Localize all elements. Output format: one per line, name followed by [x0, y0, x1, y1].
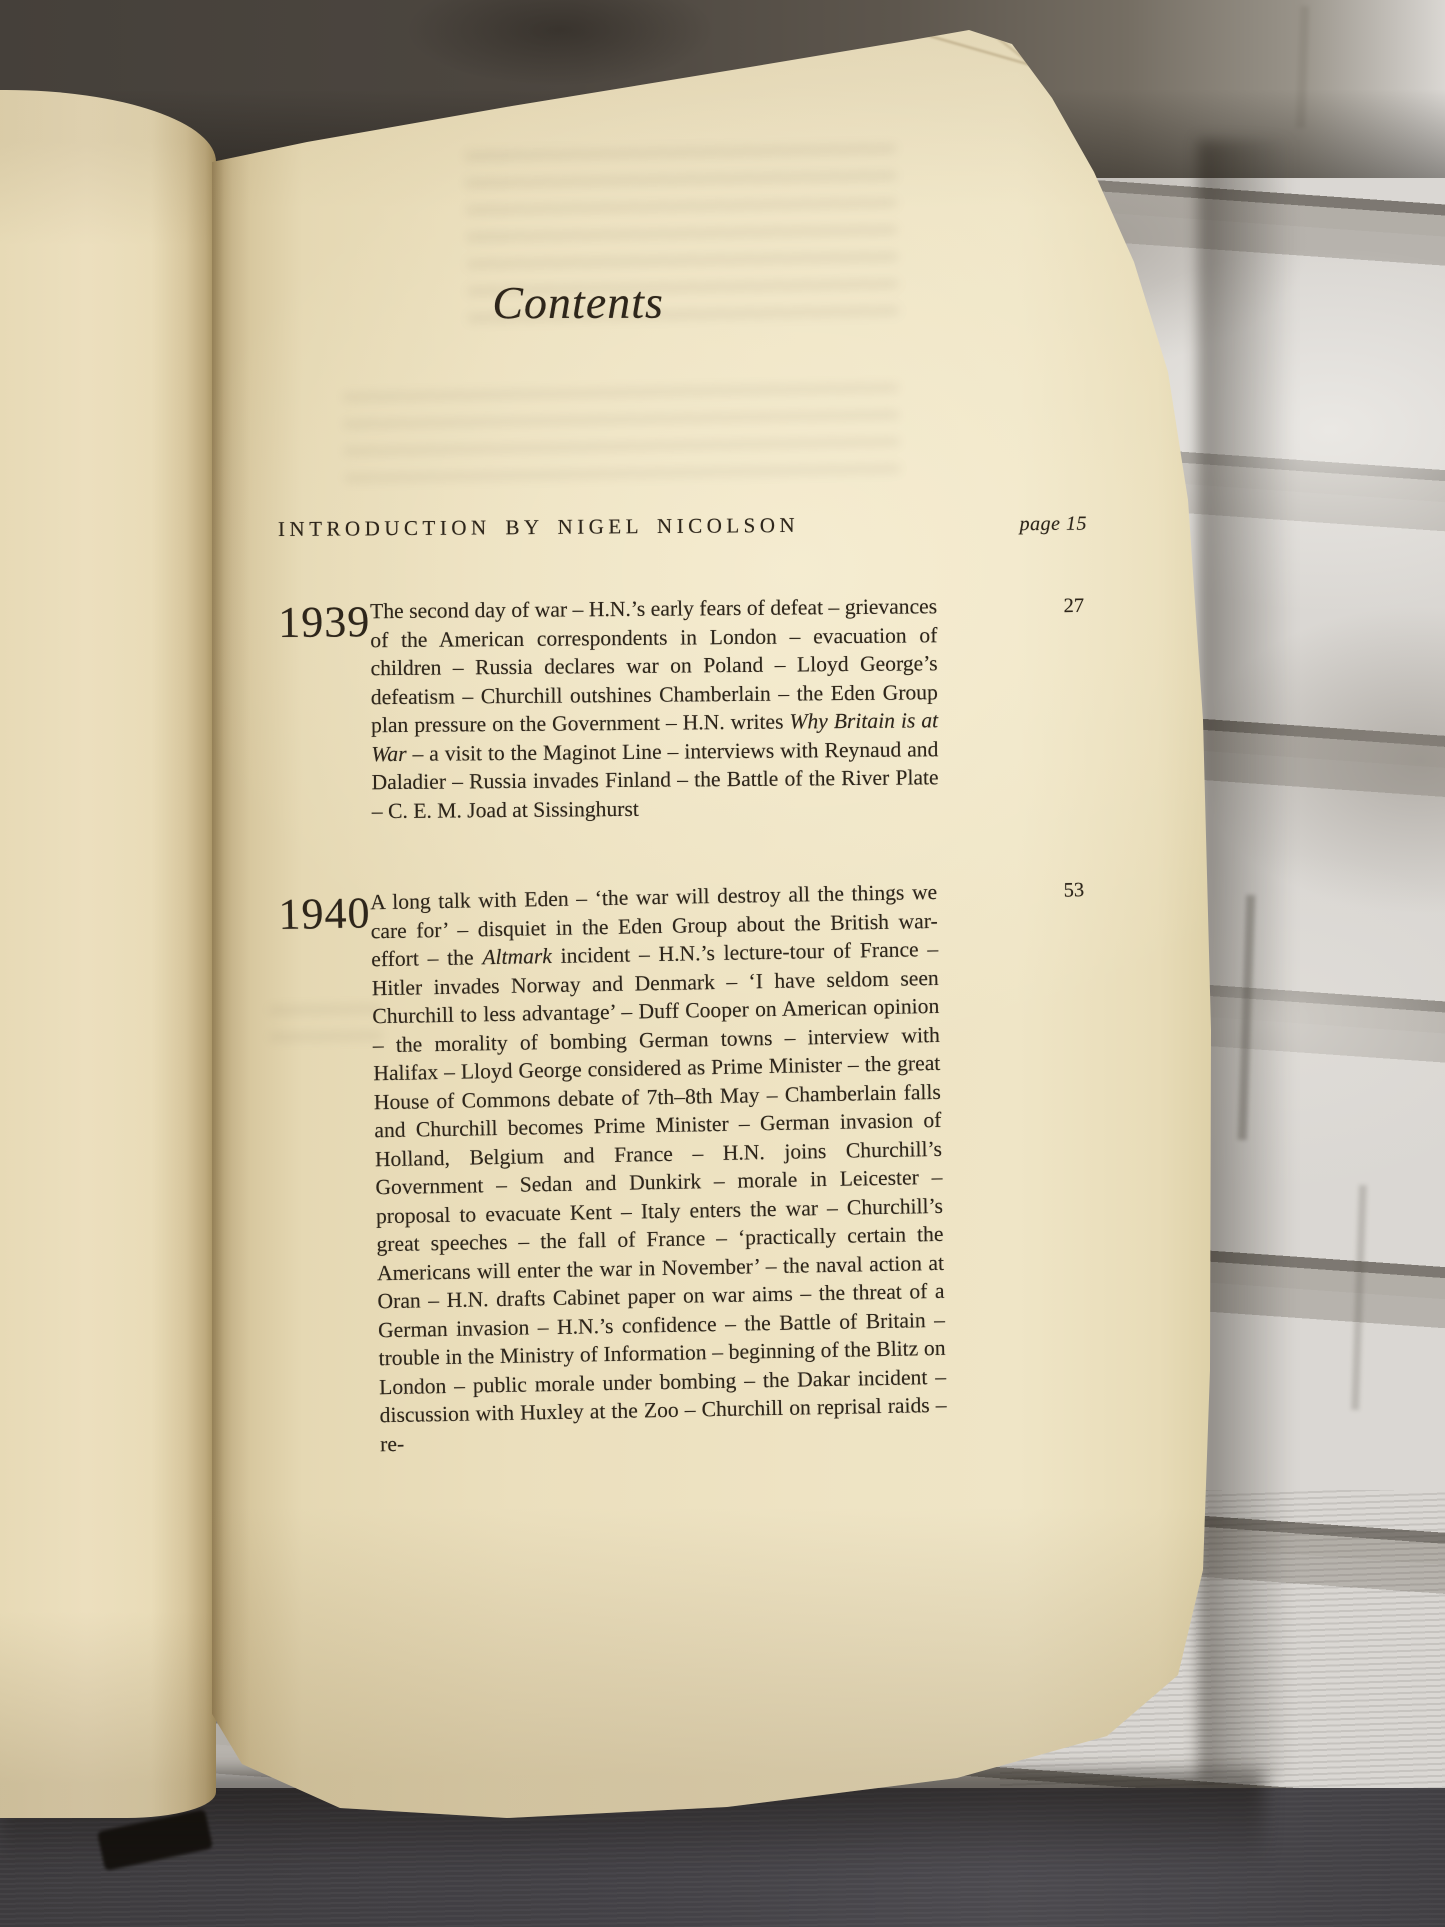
introduction-row: INTRODUCTION BY NIGEL NICOLSON page 15 [278, 511, 1090, 542]
entry-year: 1940 [278, 889, 371, 938]
toc-entry-1939: 1939 The second day of war – H.N.’s earl… [278, 591, 1092, 826]
toc-entry-1940: 1940 A long talk with Eden – ‘the war wi… [278, 875, 1100, 1460]
photo-open-book: Contents INTRODUCTION BY NIGEL NICOLSON … [0, 0, 1445, 1927]
entry-description: A long talk with Eden – ‘the war will de… [370, 878, 947, 1458]
entry-description: The second day of war – H.N.’s early fea… [370, 592, 939, 825]
entry-year: 1939 [278, 597, 370, 645]
entry-page-number: 53 [1063, 875, 1090, 902]
page-title: Contents [278, 274, 878, 331]
table-of-contents: Contents INTRODUCTION BY NIGEL NICOLSON … [278, 30, 1090, 1460]
introduction-page-ref: page 15 [1020, 513, 1091, 537]
entry-page-number: 27 [1063, 591, 1090, 618]
open-book: Contents INTRODUCTION BY NIGEL NICOLSON … [0, 30, 1218, 1830]
introduction-label: INTRODUCTION BY NIGEL NICOLSON [278, 513, 799, 542]
left-page [0, 90, 216, 1818]
right-page-contents: Contents INTRODUCTION BY NIGEL NICOLSON … [212, 30, 1218, 1830]
